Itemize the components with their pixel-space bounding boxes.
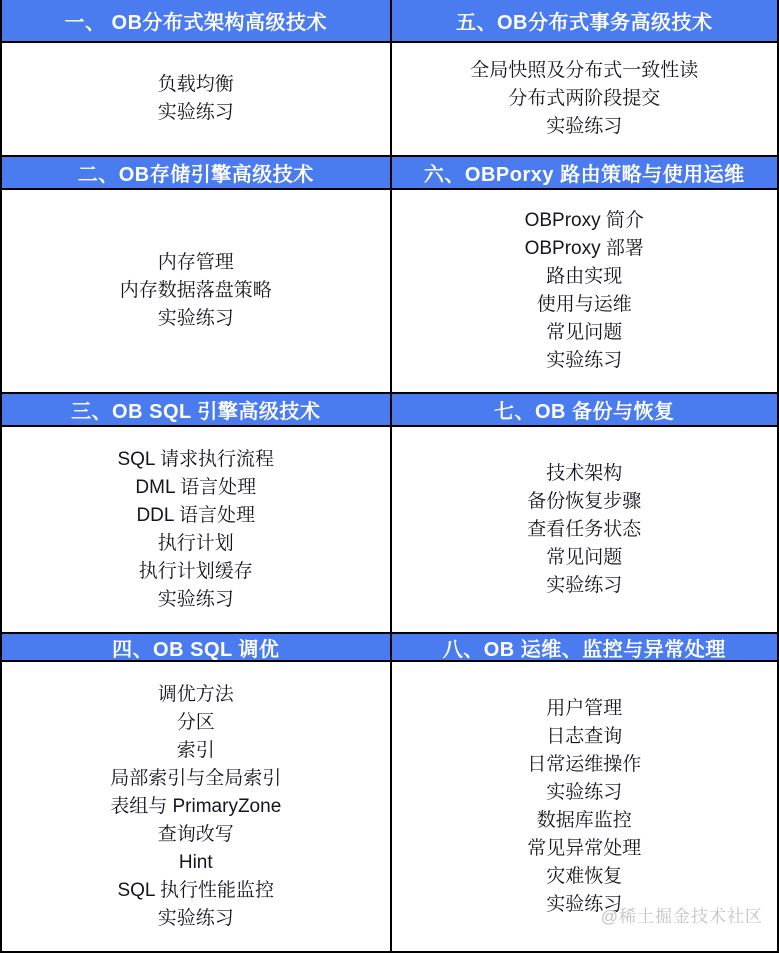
section-item-list: 技术架构备份恢复步骤查看任务状态常见问题实验练习 — [392, 427, 778, 632]
section-item-list: 负载均衡实验练习 — [2, 43, 390, 155]
section-item: 实验练习 — [546, 572, 622, 600]
section-header: 二、OB存储引擎高级技术 — [2, 155, 390, 190]
section-item: 查看任务状态 — [527, 516, 641, 544]
section-item: 实验练习 — [158, 586, 234, 614]
section-item: 执行计划 — [158, 530, 234, 558]
section-item: DML 语言处理 — [135, 474, 256, 502]
section-item: 实验练习 — [546, 779, 622, 807]
section-item: SQL 执行性能监控 — [117, 877, 274, 905]
section-item: 内存管理 — [158, 249, 234, 277]
section-item-list: 用户管理日志查询日常运维操作实验练习数据库监控常见异常处理灾难恢复实验练习 — [392, 662, 778, 951]
section-item: 索引 — [177, 737, 215, 765]
section-item-list: 内存管理内存数据落盘策略实验练习 — [2, 190, 390, 392]
section-item: 日志查询 — [546, 723, 622, 751]
section-header: 七、OB 备份与恢复 — [392, 392, 778, 427]
section-card-2: 二、OB存储引擎高级技术 内存管理内存数据落盘策略实验练习 — [2, 155, 390, 392]
section-item-list: 全局快照及分布式一致性读分布式两阶段提交实验练习 — [392, 43, 778, 155]
section-item: 常见问题 — [546, 319, 622, 347]
section-item-list: SQL 请求执行流程DML 语言处理DDL 语言处理执行计划执行计划缓存实验练习 — [2, 427, 390, 632]
section-item: 日常运维操作 — [527, 751, 641, 779]
section-item: 用户管理 — [546, 695, 622, 723]
section-item: 查询改写 — [158, 821, 234, 849]
section-item: 执行计划缓存 — [139, 558, 253, 586]
section-item: 实验练习 — [158, 905, 234, 933]
section-item: 实验练习 — [546, 113, 622, 141]
section-item: 表组与 PrimaryZone — [110, 793, 281, 821]
section-item: OBProxy 部署 — [525, 235, 644, 263]
section-item: 分区 — [177, 709, 215, 737]
section-header: 六、OBPorxy 路由策略与使用运维 — [392, 155, 778, 190]
section-header: 五、OB分布式事务高级技术 — [392, 0, 778, 43]
section-item: 内存数据落盘策略 — [120, 277, 272, 305]
section-item: 路由实现 — [546, 263, 622, 291]
section-item: 实验练习 — [546, 347, 622, 375]
section-item: 灾难恢复 — [546, 863, 622, 891]
section-header: 八、OB 运维、监控与异常处理 — [392, 632, 778, 662]
course-outline-table: 一、 OB分布式架构高级技术 负载均衡实验练习 五、OB分布式事务高级技术 全局… — [0, 0, 779, 953]
section-card-3: 三、OB SQL 引擎高级技术 SQL 请求执行流程DML 语言处理DDL 语言… — [2, 392, 390, 632]
section-item: SQL 请求执行流程 — [117, 446, 274, 474]
section-card-1: 一、 OB分布式架构高级技术 负载均衡实验练习 — [2, 0, 390, 155]
section-card-4: 四、OB SQL 调优 调优方法分区索引局部索引与全局索引表组与 Primary… — [2, 632, 390, 951]
section-header: 一、 OB分布式架构高级技术 — [2, 0, 390, 43]
section-item: 数据库监控 — [537, 807, 632, 835]
section-card-6: 六、OBPorxy 路由策略与使用运维 OBProxy 简介OBProxy 部署… — [390, 155, 778, 392]
section-card-8: 八、OB 运维、监控与异常处理 用户管理日志查询日常运维操作实验练习数据库监控常… — [390, 632, 778, 951]
section-card-5: 五、OB分布式事务高级技术 全局快照及分布式一致性读分布式两阶段提交实验练习 — [390, 0, 778, 155]
section-header: 四、OB SQL 调优 — [2, 632, 390, 662]
section-item: 实验练习 — [546, 891, 622, 919]
section-item: 调优方法 — [158, 681, 234, 709]
section-item: 技术架构 — [546, 460, 622, 488]
section-item: 实验练习 — [158, 99, 234, 127]
section-item: 局部索引与全局索引 — [110, 765, 281, 793]
section-header: 三、OB SQL 引擎高级技术 — [2, 392, 390, 427]
section-item-list: 调优方法分区索引局部索引与全局索引表组与 PrimaryZone查询改写Hint… — [2, 662, 390, 951]
section-item: 实验练习 — [158, 305, 234, 333]
section-item: 使用与运维 — [537, 291, 632, 319]
section-item: Hint — [179, 849, 213, 877]
section-item-list: OBProxy 简介OBProxy 部署路由实现使用与运维常见问题实验练习 — [392, 190, 778, 392]
section-item: 常见异常处理 — [527, 835, 641, 863]
section-item: 全局快照及分布式一致性读 — [470, 57, 698, 85]
section-item: 常见问题 — [546, 544, 622, 572]
section-item: 分布式两阶段提交 — [508, 85, 660, 113]
section-item: OBProxy 简介 — [525, 207, 644, 235]
section-item: 负载均衡 — [158, 71, 234, 99]
section-item: DDL 语言处理 — [136, 502, 255, 530]
section-item: 备份恢复步骤 — [527, 488, 641, 516]
section-card-7: 七、OB 备份与恢复 技术架构备份恢复步骤查看任务状态常见问题实验练习 — [390, 392, 778, 632]
